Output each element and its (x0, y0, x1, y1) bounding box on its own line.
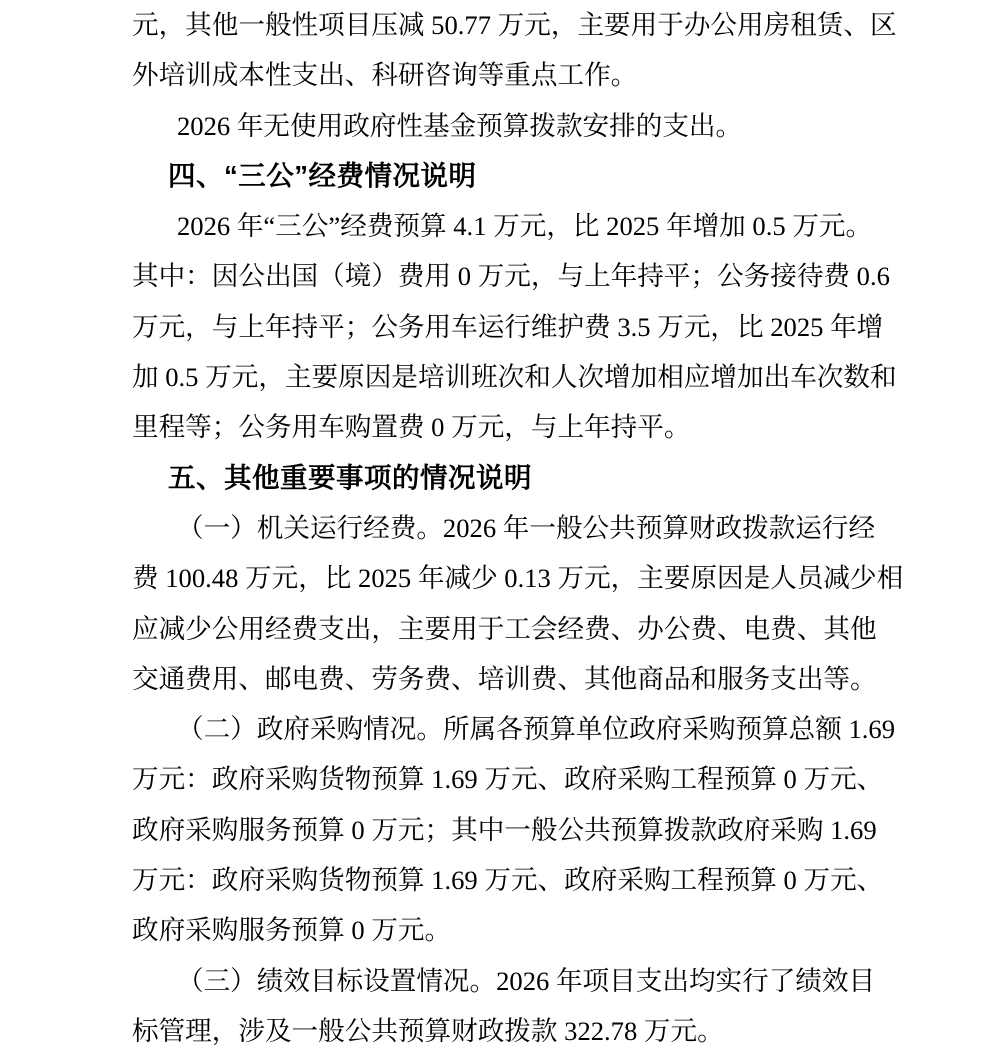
text-line: 万元：政府采购货物预算 1.69 万元、政府采购工程预算 0 万元、 (132, 754, 871, 804)
text-line: 费 100.48 万元，比 2025 年减少 0.13 万元，主要原因是人员减少… (132, 553, 871, 603)
text-line: 标管理，涉及一般公共预算财政拨款 322.78 万元。 (132, 1006, 871, 1052)
document-page: { "colors": { "text": "#000000", "backgr… (0, 0, 1000, 1052)
text-line: 交通费用、邮电费、劳务费、培训费、其他商品和服务支出等。 (132, 654, 871, 704)
text-line: 加 0.5 万元，主要原因是培训班次和人次增加相应增加出车次数和 (132, 352, 871, 402)
text-line: 万元：政府采购货物预算 1.69 万元、政府采购工程预算 0 万元、 (132, 855, 871, 905)
text-line: （一）机关运行经费。2026 年一般公共预算财政拨款运行经 (132, 503, 871, 553)
text-line: 政府采购服务预算 0 万元。 (132, 905, 871, 955)
section-heading-other-important-items: 五、其他重要事项的情况说明 (132, 453, 871, 503)
text-line: 里程等；公务用车购置费 0 万元，与上年持平。 (132, 402, 871, 452)
text-line: 政府采购服务预算 0 万元；其中一般公共预算拨款政府采购 1.69 (132, 805, 871, 855)
text-line: （二）政府采购情况。所属各预算单位政府采购预算总额 1.69 (132, 704, 871, 754)
text-line: 应减少公用经费支出，主要用于工会经费、办公费、电费、其他 (132, 604, 871, 654)
text-line: （三）绩效目标设置情况。2026 年项目支出均实行了绩效目 (132, 956, 871, 1006)
text-line: 2026 年无使用政府性基金预算拨款安排的支出。 (132, 101, 871, 151)
text-line: 元，其他一般性项目压减 50.77 万元，主要用于办公用房租赁、区 (132, 0, 871, 50)
text-line: 外培训成本性支出、科研咨询等重点工作。 (132, 50, 871, 100)
text-line: 万元，与上年持平；公务用车运行维护费 3.5 万元，比 2025 年增 (132, 302, 871, 352)
text-line: 2026 年“三公”经费预算 4.1 万元，比 2025 年增加 0.5 万元。 (132, 201, 871, 251)
section-heading-three-public-funds: 四、“三公”经费情况说明 (132, 151, 871, 201)
document-body-text: 元，其他一般性项目压减 50.77 万元，主要用于办公用房租赁、区 外培训成本性… (132, 0, 871, 1052)
text-line: 其中：因公出国（境）费用 0 万元，与上年持平；公务接待费 0.6 (132, 251, 871, 301)
